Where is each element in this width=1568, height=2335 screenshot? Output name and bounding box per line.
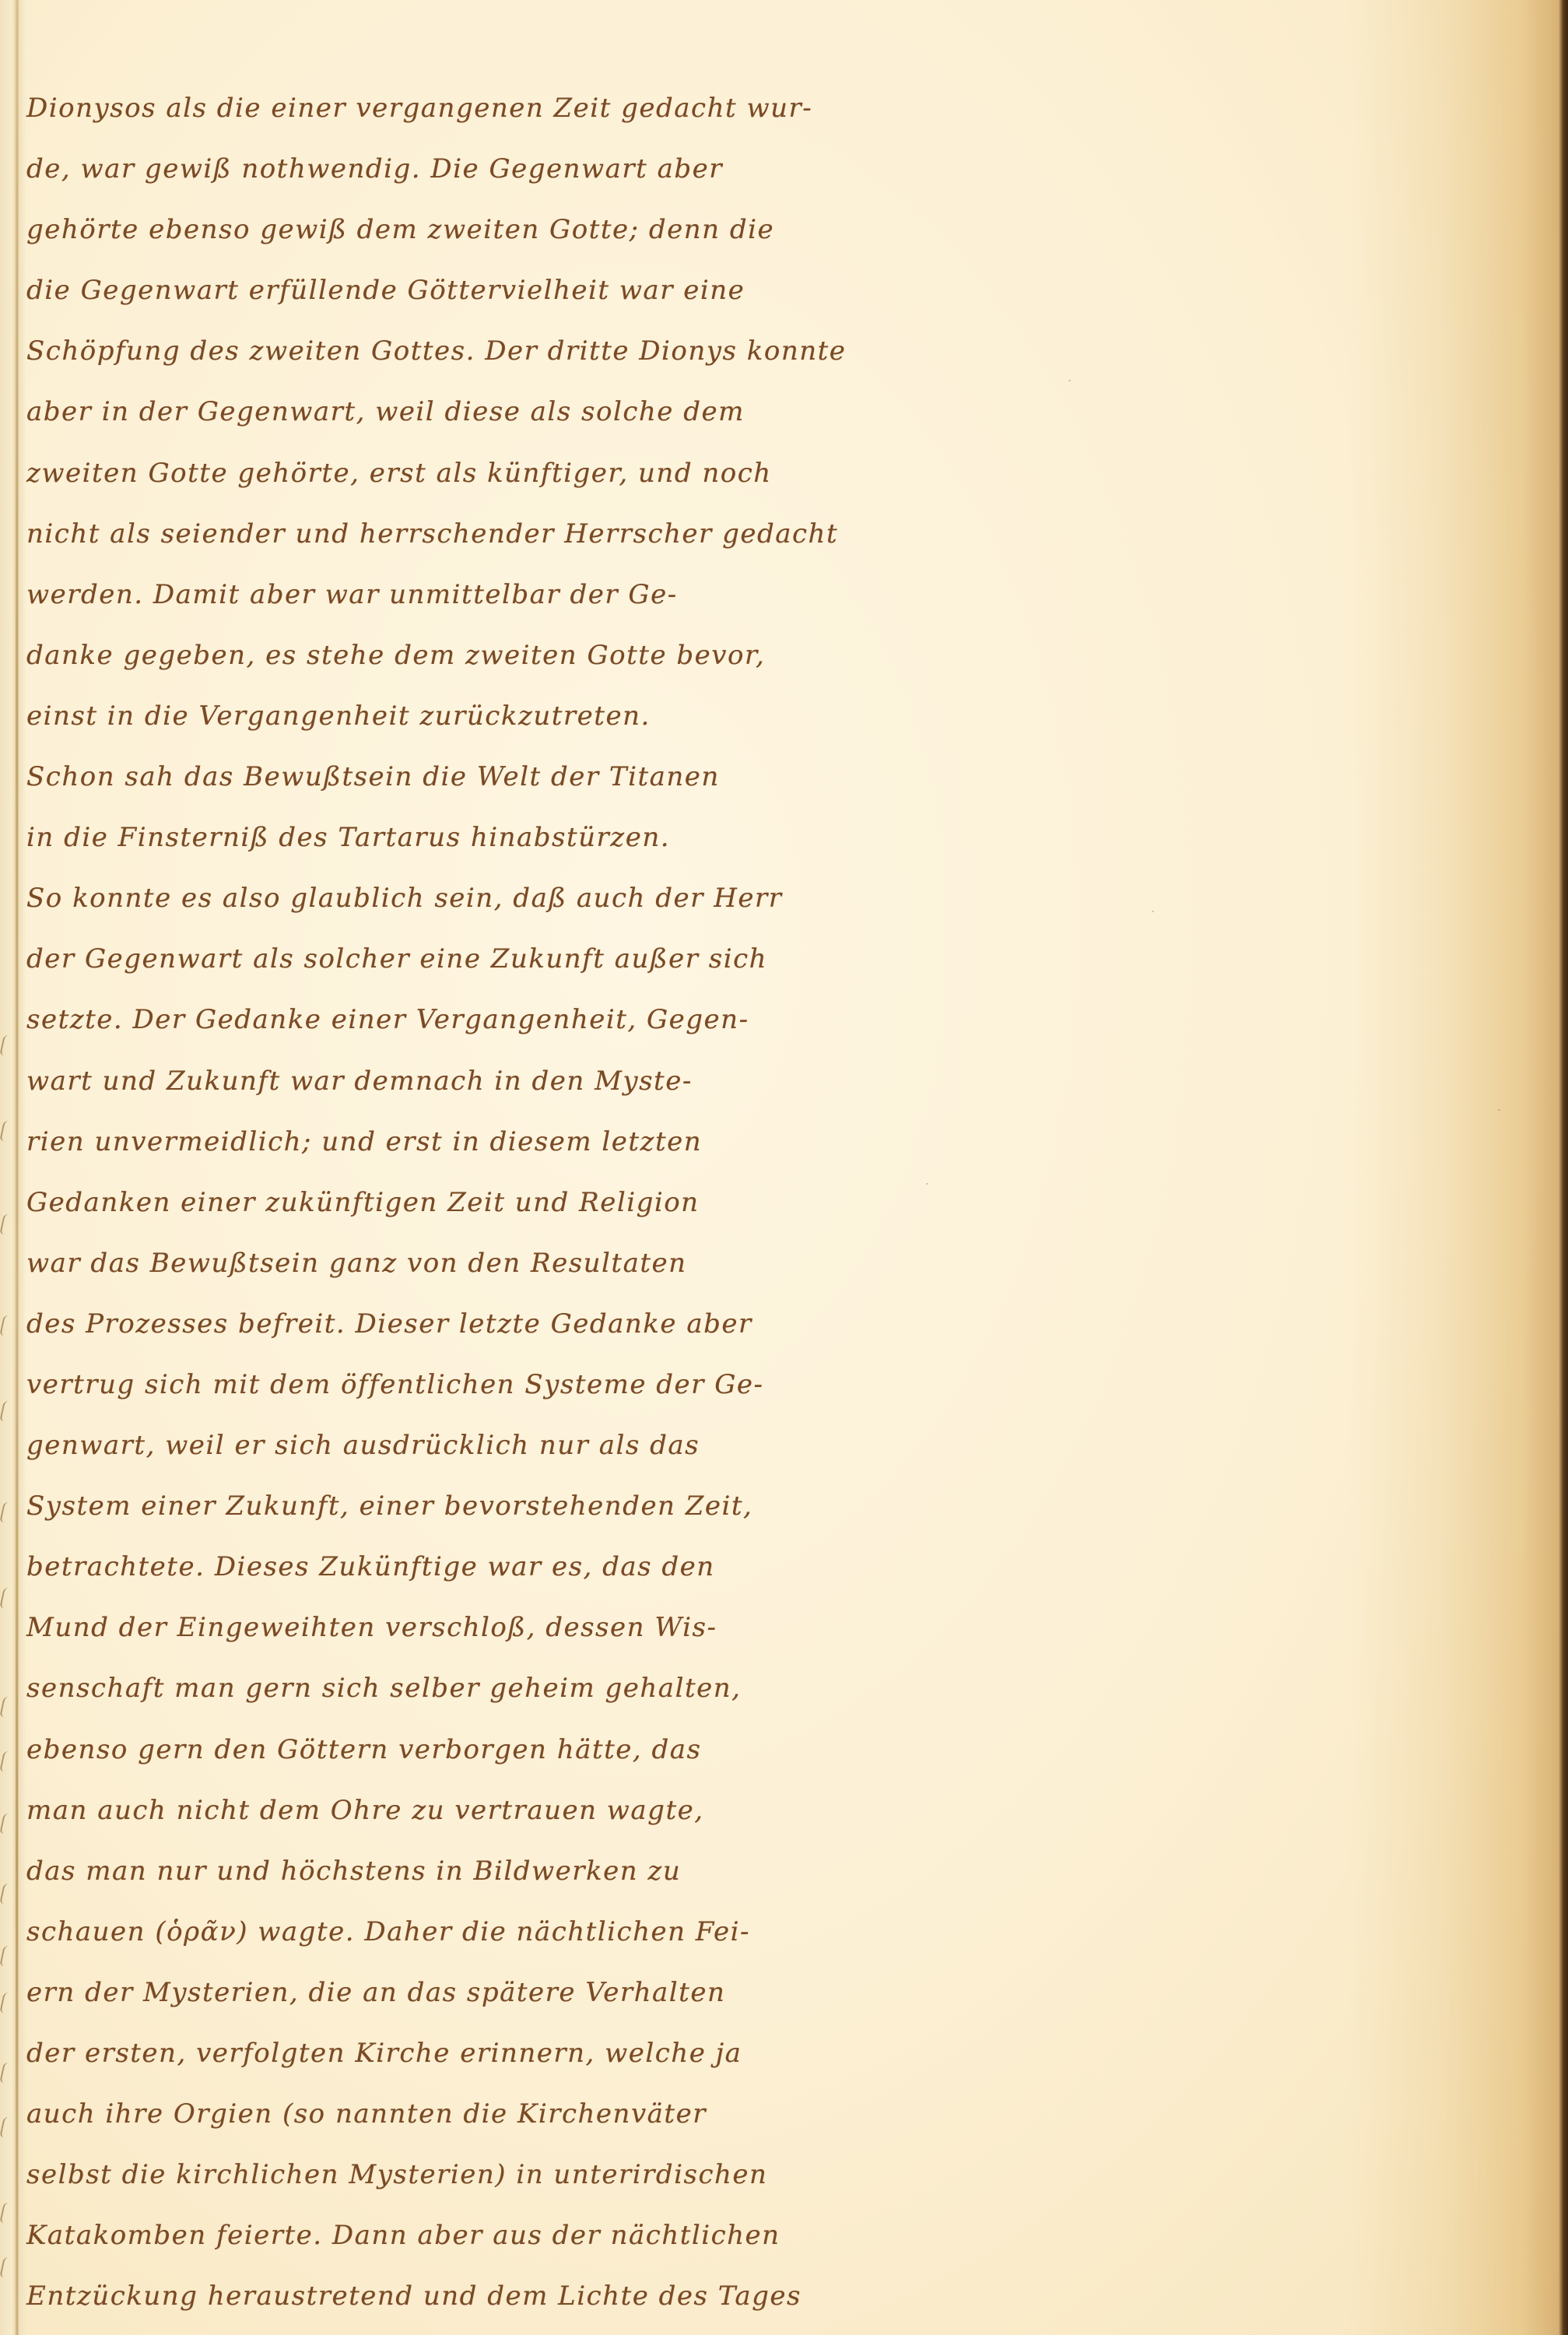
manuscript-page: Dionysos als die einer vergangenen Zeit … — [0, 0, 1568, 2335]
text-line: Schöpfung des zweiten Gottes. Der dritte… — [26, 321, 867, 381]
text-line: System einer Zukunft, einer bevorstehend… — [26, 1476, 867, 1536]
text-line: Gedanken einer zukünftigen Zeit und Reli… — [26, 1172, 867, 1233]
text-line: vertrug sich mit dem öffentlichen System… — [26, 1354, 867, 1415]
text-line: der Gegenwart als solcher eine Zukunft a… — [26, 929, 867, 989]
text-line: aber in der Gegenwart, weil diese als so… — [26, 381, 867, 442]
text-line: werden. Damit aber war unmittelbar der G… — [26, 564, 867, 625]
text-line: wart und Zukunft war demnach in den Myst… — [26, 1051, 867, 1111]
text-line: genwart, weil er sich ausdrücklich nur a… — [26, 1415, 867, 1476]
text-line: Schon sah das Bewußtsein die Welt der Ti… — [26, 746, 867, 807]
text-line: betrachtete. Dieses Zukünftige war es, d… — [26, 1536, 867, 1597]
text-line: das man nur und höchstens in Bildwerken … — [26, 1841, 867, 1901]
text-line: einst in die Vergangenheit zurückzutrete… — [26, 686, 867, 746]
text-line: nicht als seiender und herrschender Herr… — [26, 504, 867, 564]
text-line: danke gegeben, es stehe dem zweiten Gott… — [26, 625, 867, 686]
text-line: Mund der Eingeweihten verschloß, dessen … — [26, 1597, 867, 1658]
text-line: in die Finsterniß des Tartarus hinabstür… — [26, 807, 867, 868]
handwritten-text-block: Dionysos als die einer vergangenen Zeit … — [26, 78, 867, 2326]
previous-page-edge — [16, 0, 18, 2335]
text-line: Dionysos als die einer vergangenen Zeit … — [26, 78, 867, 139]
text-line: Entzückung heraustretend und dem Lichte … — [26, 2266, 867, 2326]
text-line: gehörte ebenso gewiß dem zweiten Gotte; … — [26, 199, 867, 260]
text-line: auch ihre Orgien (so nannten die Kirchen… — [26, 2084, 867, 2144]
text-line: rien unvermeidlich; und erst in diesem l… — [26, 1111, 867, 1172]
text-line: ebenso gern den Göttern verborgen hätte,… — [26, 1719, 867, 1780]
text-line: selbst die kirchlichen Mysterien) in unt… — [26, 2144, 867, 2205]
text-line: zweiten Gotte gehörte, erst als künftige… — [26, 443, 867, 504]
text-line: de, war gewiß nothwendig. Die Gegenwart … — [26, 139, 867, 199]
text-line: Katakomben feierte. Dann aber aus der nä… — [26, 2205, 867, 2266]
text-line: schauen (ὁρᾶν) wagte. Daher die nächtlic… — [26, 1901, 867, 1962]
text-line: senschaft man gern sich selber geheim ge… — [26, 1658, 867, 1719]
text-line: war das Bewußtsein ganz von den Resultat… — [26, 1233, 867, 1294]
text-line: des Prozesses befreit. Dieser letzte Ged… — [26, 1294, 867, 1354]
text-line: So konnte es also glaublich sein, daß au… — [26, 868, 867, 929]
text-line: ern der Mysterien, die an das spätere Ve… — [26, 1962, 867, 2023]
text-line: die Gegenwart erfüllende Göttervielheit … — [26, 260, 867, 321]
text-line: man auch nicht dem Ohre zu vertrauen wag… — [26, 1780, 867, 1841]
previous-page-ink-fragments — [0, 0, 16, 2335]
text-line: setzte. Der Gedanke einer Vergangenheit,… — [26, 989, 867, 1050]
text-line: der ersten, verfolgten Kirche erinnern, … — [26, 2023, 867, 2084]
